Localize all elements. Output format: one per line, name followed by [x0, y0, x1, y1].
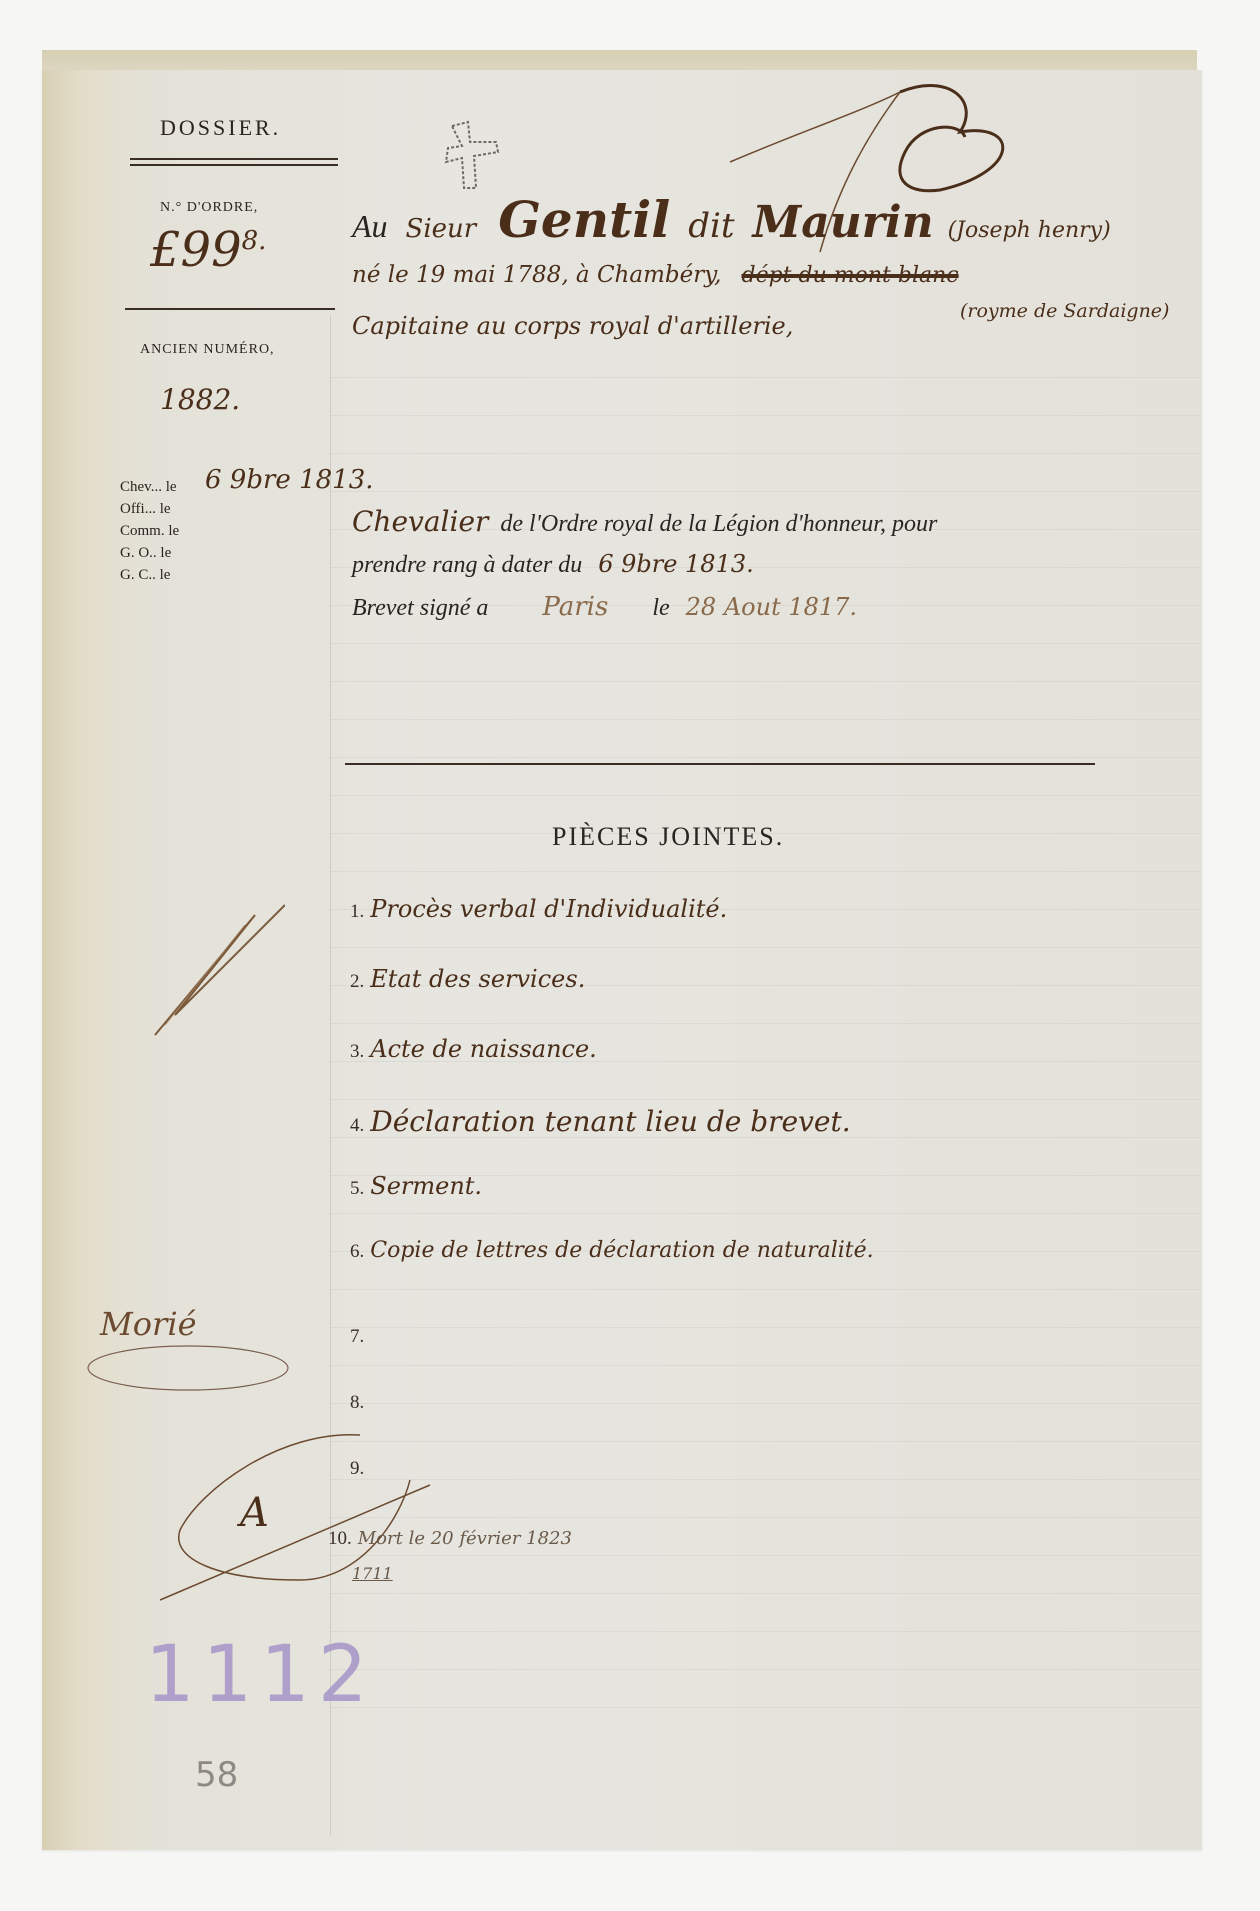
ordre-number: £99: [150, 222, 242, 278]
paper-edge: [42, 50, 1197, 72]
ordre-label: N.° D'ORDRE,: [160, 200, 258, 216]
piece-item: 2.Etat des services.: [350, 965, 585, 993]
alias: Maurin: [753, 197, 934, 248]
cross-stamp-icon: [440, 118, 520, 198]
rank-chev: Chev... le: [120, 476, 179, 498]
ordre-suffix: 8.: [242, 226, 267, 256]
rank-gc: G. C.. le: [120, 564, 179, 586]
body-line-3: Brevet signé a Paris le 28 Aout 1817.: [352, 592, 857, 622]
birth-text: né le 19 mai 1788, à Chambéry,: [352, 262, 721, 288]
brevet-text: Brevet signé a: [352, 595, 488, 621]
kingdom-note: (royme de Sardaigne): [960, 300, 1169, 322]
initial-paraph-icon: [160, 1430, 440, 1610]
order-text: de l'Ordre royal de la Légion d'honneur,…: [500, 511, 937, 537]
piece-item: 1.Procès verbal d'Individualité.: [350, 895, 727, 923]
piece-item: 7.: [350, 1320, 370, 1348]
rank-offi: Offi... le: [120, 498, 179, 520]
chevalier-hand: Chevalier: [352, 505, 488, 538]
dit-text: dit: [688, 206, 734, 246]
birth-line: né le 19 mai 1788, à Chambéry, dépt du m…: [352, 262, 959, 288]
ordre-value: £998.: [150, 222, 266, 278]
margin-paraph-icon: [145, 895, 285, 1045]
surname: Gentil: [498, 190, 670, 249]
brevet-le: le: [652, 595, 669, 621]
piece-item: 8.: [350, 1386, 370, 1414]
margin-signature: Morié: [100, 1305, 197, 1343]
dossier-title: DOSSIER.: [160, 115, 281, 141]
recipient-line: Au Sieur Gentil dit Maurin (Joseph henry…: [352, 190, 1111, 249]
rank-line: Capitaine au corps royal d'artillerie,: [352, 312, 793, 340]
rank-comm: Comm. le: [120, 520, 179, 542]
archive-stamp: 1112: [145, 1630, 376, 1720]
pieces-title: PIÈCES JOINTES.: [552, 822, 784, 852]
brevet-date: 28 Aout 1817.: [686, 593, 857, 621]
body-line-1: Chevalier de l'Ordre royal de la Légion …: [352, 505, 937, 538]
body-line-2: prendre rang à dater du 6 9bre 1813.: [352, 550, 754, 579]
ordre-underline: [125, 308, 335, 310]
ancien-label: ANCIEN NUMÉRO,: [140, 342, 275, 358]
struck-department: dépt du mont blanc: [741, 263, 958, 288]
au-label: Au: [352, 208, 388, 244]
piece-item: 3.Acte de naissance.: [350, 1035, 597, 1063]
double-rule-top: [130, 158, 338, 160]
chevalier-date: 6 9bre 1813.: [205, 465, 374, 495]
given-names: (Joseph henry): [948, 218, 1111, 243]
brevet-place: Paris: [542, 592, 608, 622]
ancien-value: 1882.: [160, 383, 240, 416]
rank-from-text: prendre rang à dater du: [352, 552, 582, 578]
margin-initial: A: [240, 1490, 269, 1536]
double-rule-bottom: [130, 164, 338, 166]
rank-go: G. O.. le: [120, 542, 179, 564]
sieur-text: Sieur: [406, 214, 477, 244]
piece-item: 5.Serment.: [350, 1172, 482, 1200]
ranks-list: Chev... le Offi... le Comm. le G. O.. le…: [120, 476, 179, 586]
section-divider: [345, 763, 1095, 765]
pencil-folio-number: 58: [195, 1755, 238, 1795]
signature-flourish-icon: [78, 1340, 298, 1410]
piece-item: 4.Déclaration tenant lieu de brevet.: [350, 1105, 851, 1138]
piece-item: 6.Copie de lettres de déclaration de nat…: [350, 1238, 874, 1263]
rank-from-date: 6 9bre 1813.: [598, 550, 754, 578]
